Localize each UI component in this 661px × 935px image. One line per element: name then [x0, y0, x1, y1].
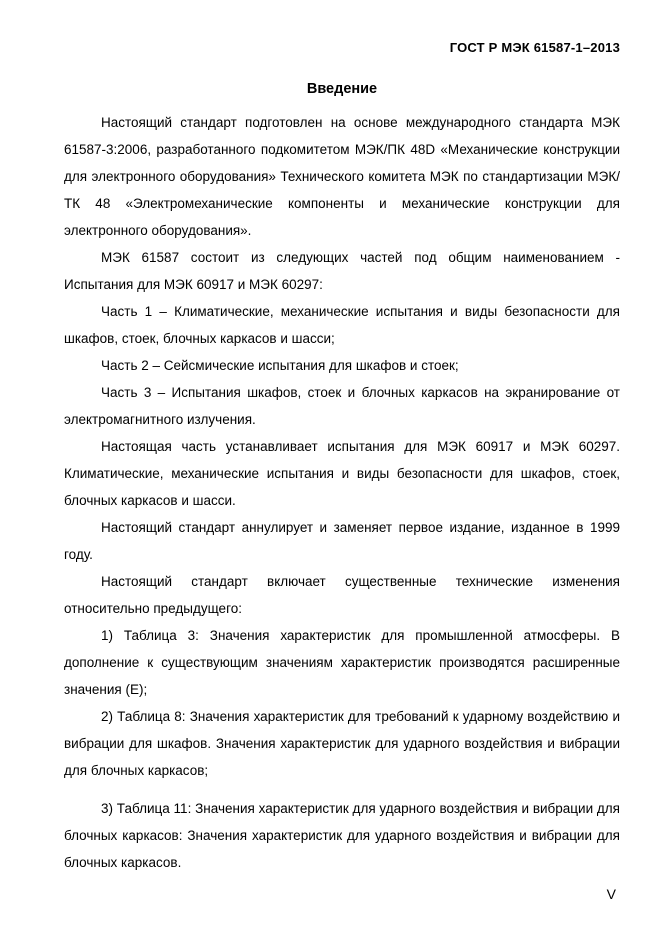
page-number: V: [607, 886, 616, 902]
paragraph: Часть 2 – Сейсмические испытания для шка…: [64, 352, 620, 379]
document-body: Настоящий стандарт подготовлен на основе…: [64, 109, 620, 876]
document-header-code: ГОСТ Р МЭК 61587-1–2013: [64, 40, 620, 55]
paragraph: Часть 1 – Климатические, механические ис…: [64, 298, 620, 352]
paragraph: 1) Таблица 3: Значения характеристик для…: [64, 622, 620, 703]
paragraph: Настоящий стандарт включает существенные…: [64, 568, 620, 622]
paragraph: Часть 3 – Испытания шкафов, стоек и блоч…: [64, 379, 620, 433]
document-page: ГОСТ Р МЭК 61587-1–2013 Введение Настоящ…: [0, 0, 661, 935]
paragraph: МЭК 61587 состоит из следующих частей по…: [64, 244, 620, 298]
paragraph: 3) Таблица 11: Значения характеристик дл…: [64, 795, 620, 876]
paragraph: 2) Таблица 8: Значения характеристик для…: [64, 703, 620, 784]
section-title: Введение: [64, 80, 620, 98]
paragraph: Настоящий стандарт аннулирует и заменяет…: [64, 514, 620, 568]
paragraph: Настоящая часть устанавливает испытания …: [64, 433, 620, 514]
paragraph: Настоящий стандарт подготовлен на основе…: [64, 109, 620, 244]
